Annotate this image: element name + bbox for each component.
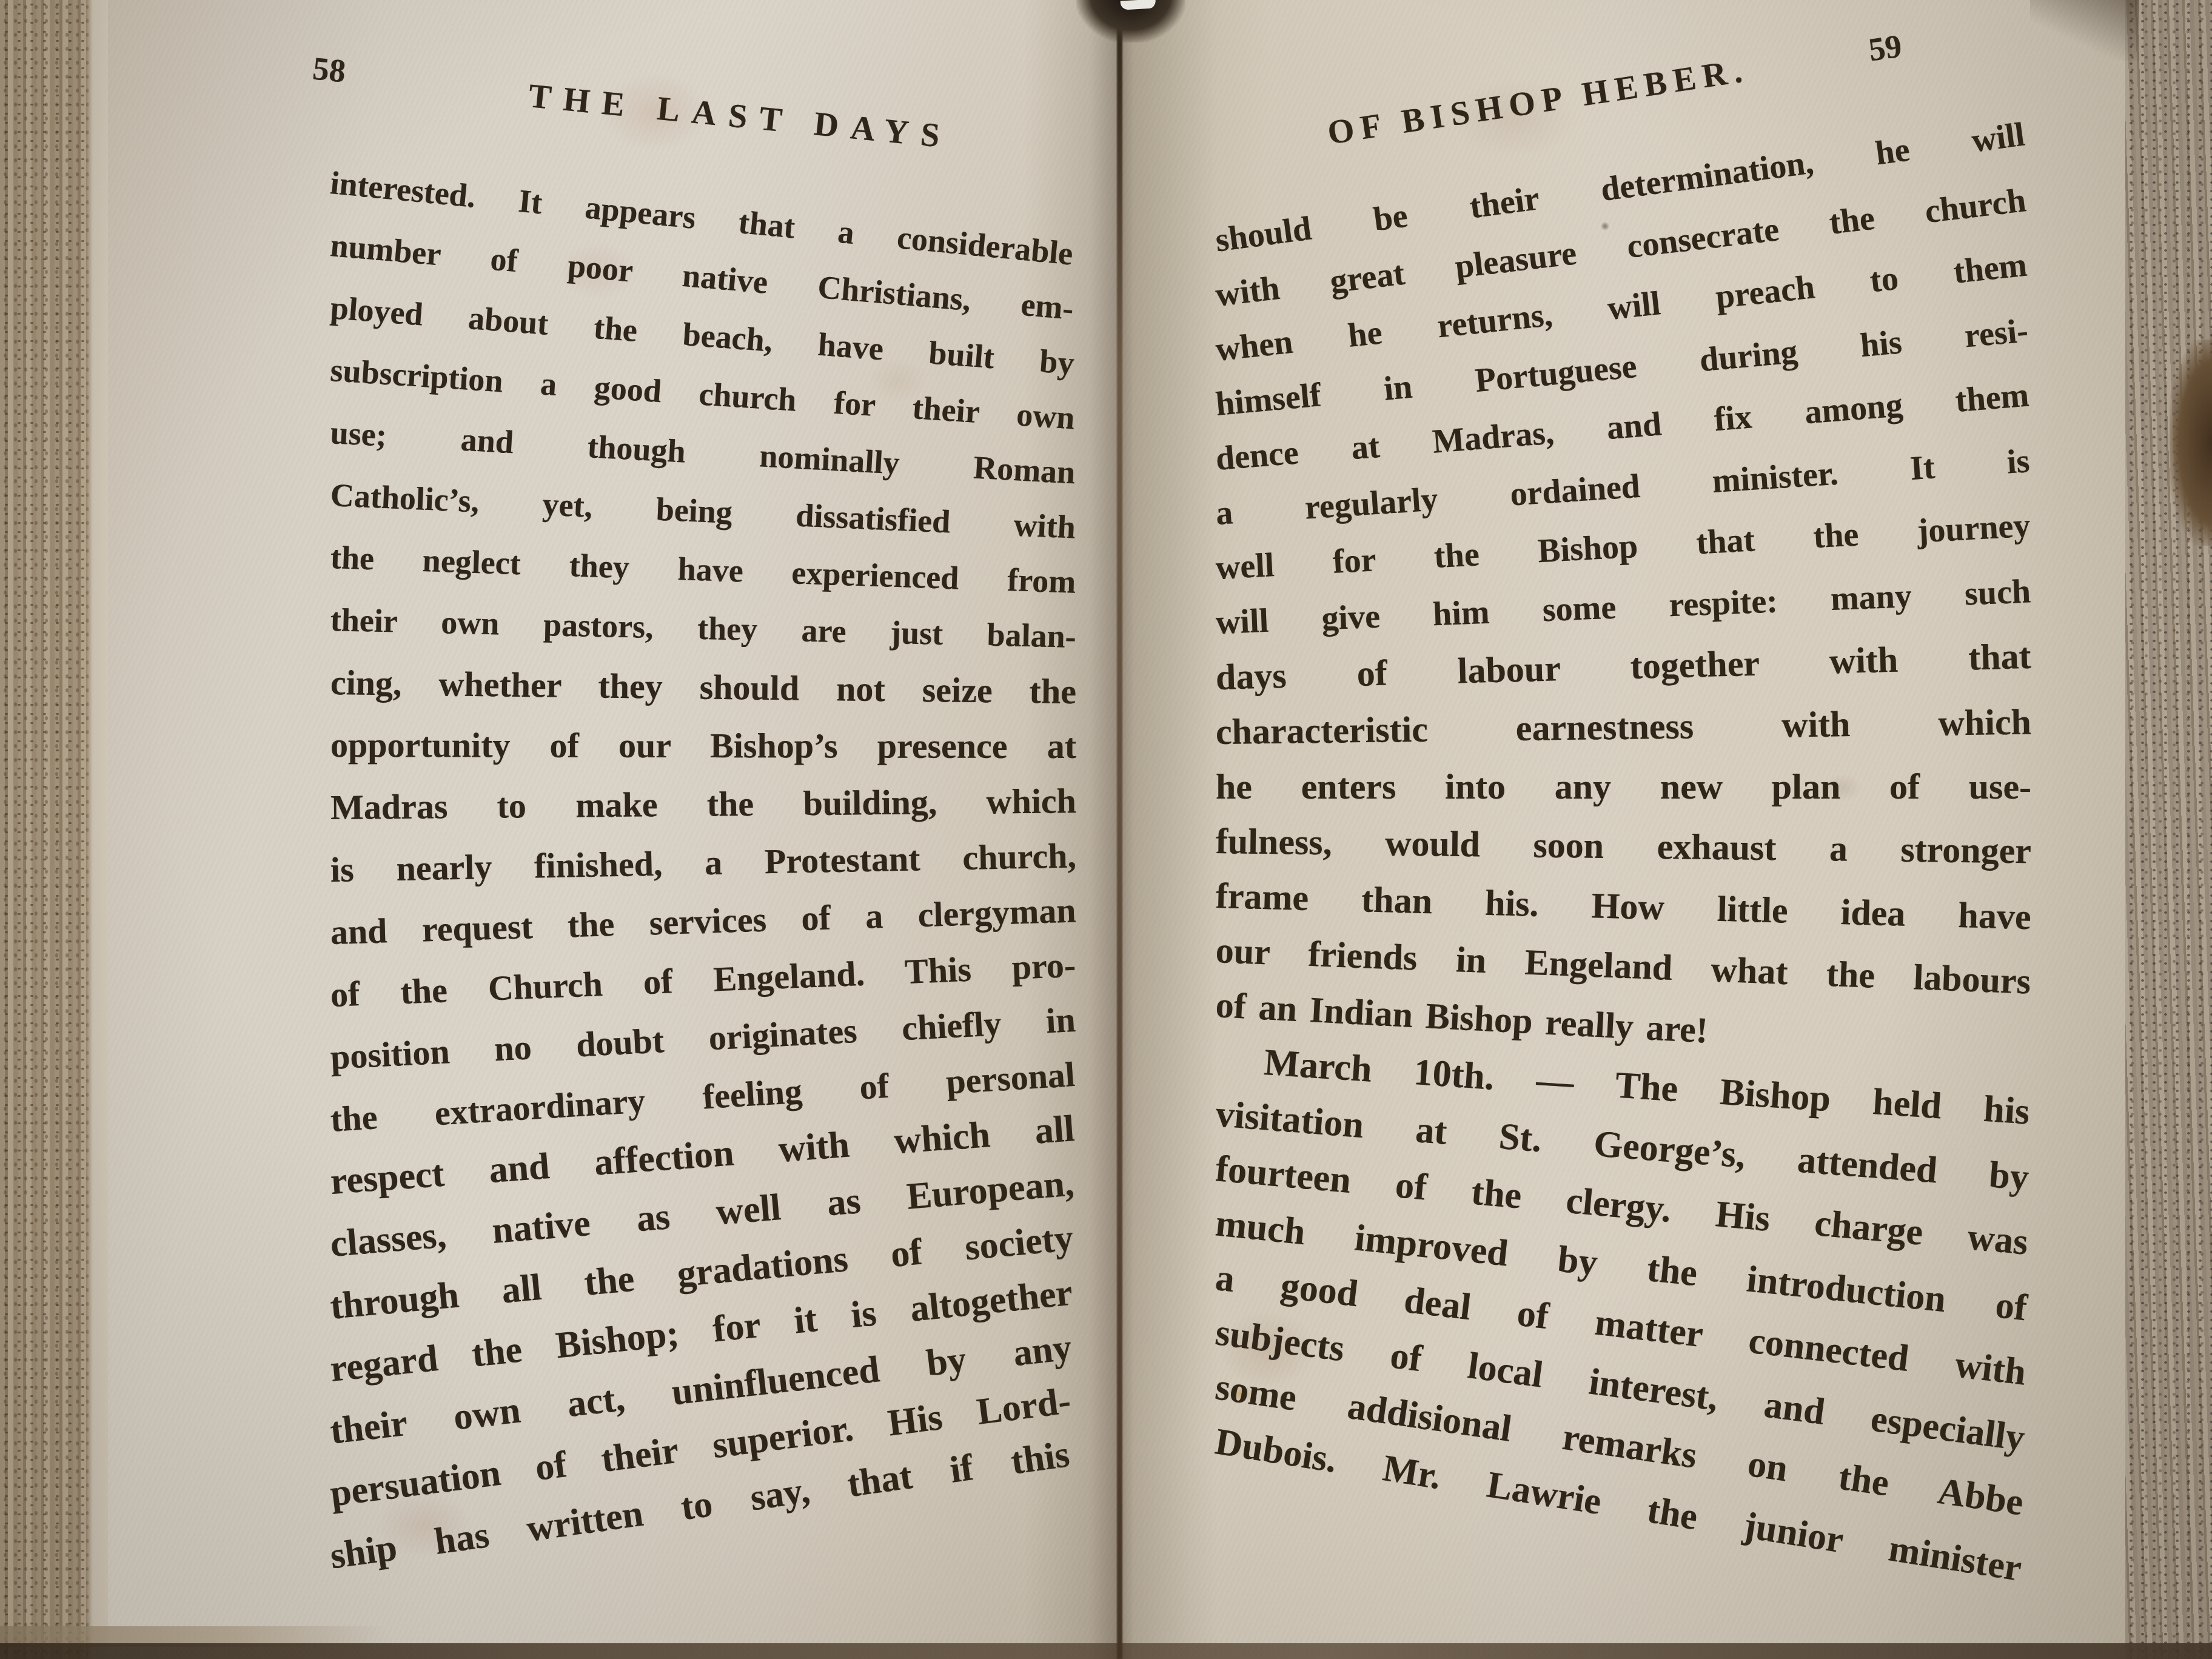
right-edge-dark-patch — [2170, 340, 2212, 546]
right-page-text: should be their determination, he will w… — [1216, 213, 2031, 1469]
page-number-left: 58 — [311, 50, 347, 90]
left-fore-edge — [0, 0, 108, 1659]
text-line: fulness, would soon exhaust a stronger — [1215, 814, 2031, 878]
gutter-line — [1117, 0, 1122, 1659]
text-line: he enters into any new plan of use- — [1216, 759, 2031, 814]
left-page-text: interested. It appears that a considerab… — [330, 152, 1076, 1588]
text-line: cing, whether they should not seize the — [330, 651, 1076, 723]
open-book-photo: 58 THE LAST DAYS interested. It appears … — [0, 0, 2212, 1659]
top-right-corner-shadow — [2030, 0, 2139, 61]
text-line: characteristic earnestness with which — [1215, 695, 2031, 759]
page-number-right: 59 — [1866, 27, 1904, 69]
right-fore-edge — [2125, 0, 2212, 1659]
text-line: opportunity of our Bishop’s presence at — [330, 714, 1076, 777]
